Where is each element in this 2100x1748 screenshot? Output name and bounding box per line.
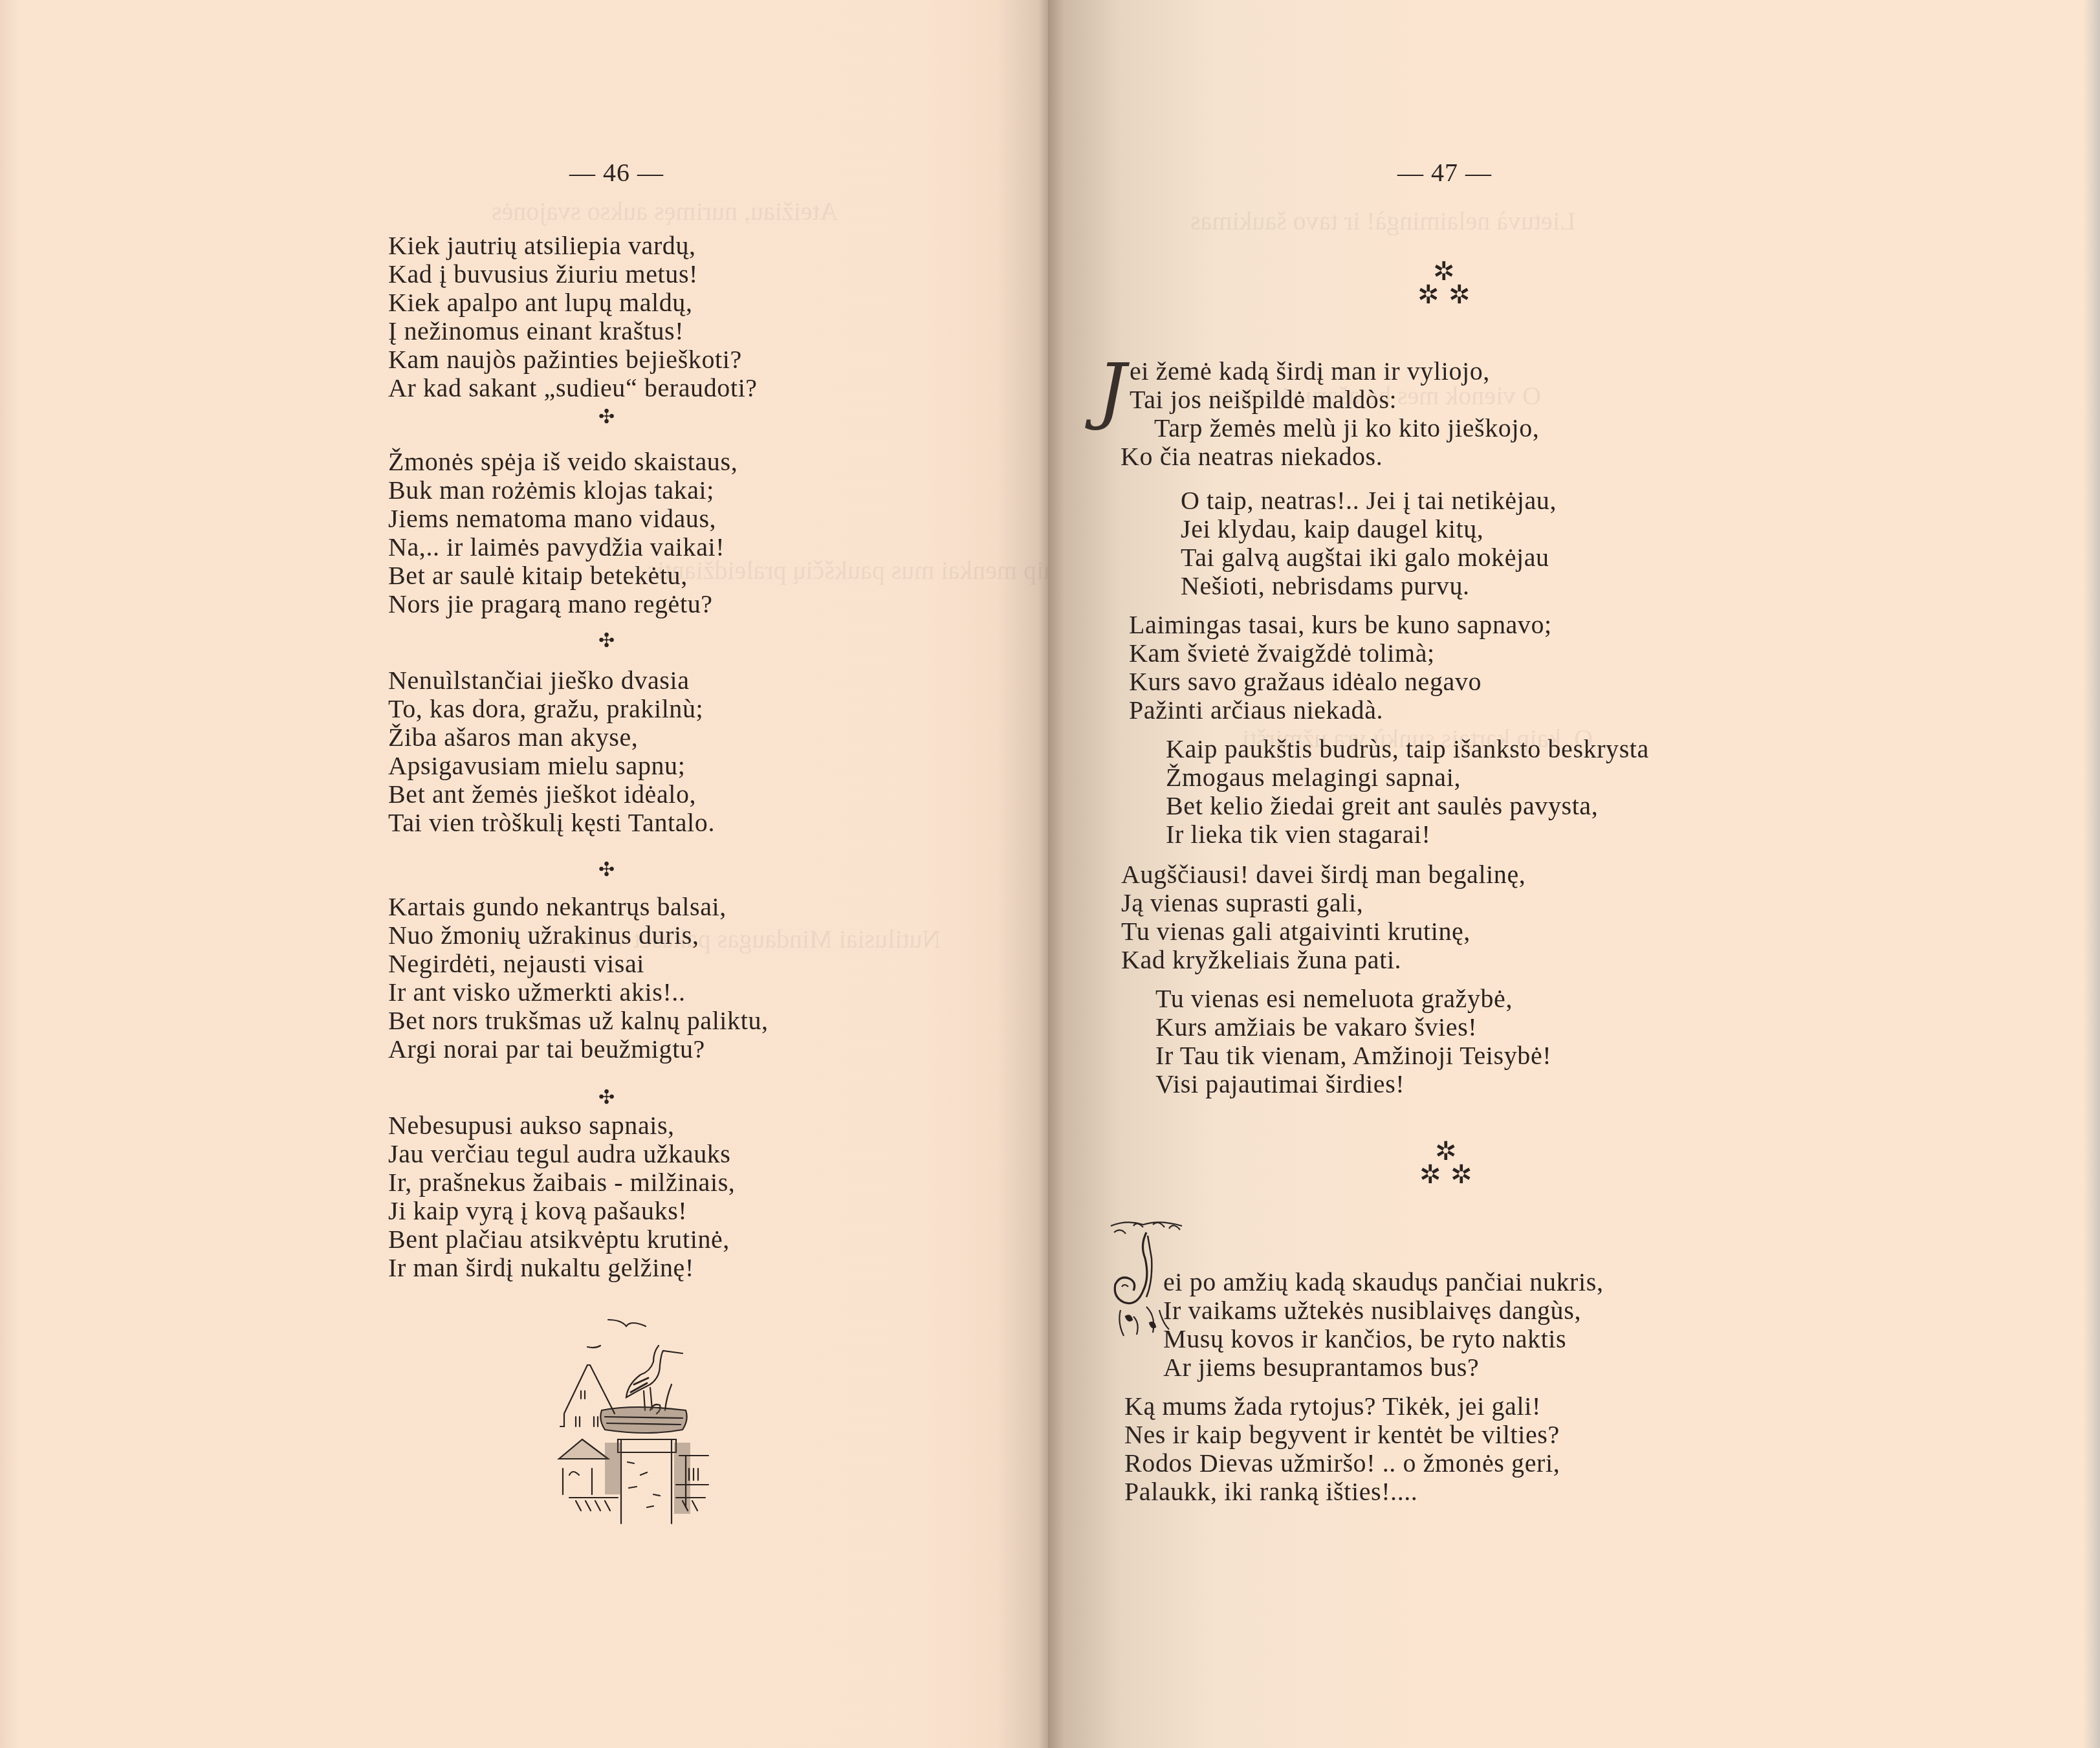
verse-line: Nebesupusi aukso sapnais, — [388, 1111, 675, 1140]
bleed-through-text: Ateižiau, nurimęs aukso svajonės — [492, 197, 838, 226]
verse-line: Negirdėti, nejausti visai — [388, 950, 644, 978]
bleed-through-text: Lietuvà nelaimingà! ir tavo šaukimas — [1190, 207, 1575, 235]
section-asterism: ✲ ✲ ✲ — [1414, 259, 1472, 317]
verse-line: Bet ant žemės jieškot idėalo, — [388, 780, 696, 809]
verse-line: Ar jiems besuprantamos bus? — [1163, 1353, 1479, 1382]
verse-line: Ir lieka tik vien stagarai! — [1166, 820, 1430, 849]
asterisk-ornament-icon: ✲ — [1417, 282, 1439, 308]
verse-line: Nes ir kaip begyvent ir kentėt be viltie… — [1124, 1421, 1560, 1449]
verse-line: Ką mums žada rytojus? Tikėk, jei gali! — [1124, 1392, 1541, 1421]
drop-cap-letter: J — [1097, 355, 1126, 427]
verse-line: Ko čia neatras niekados. — [1121, 442, 1383, 471]
verse-line: Kaip paukštis budrùs, taip išanksto besk… — [1166, 735, 1649, 763]
stanza-separator-ornament: ✣ — [598, 1088, 615, 1108]
asterisk-ornament-icon: ✲ — [1419, 1162, 1441, 1188]
verse-line: Kiek apalpo ant lupų maldų, — [388, 289, 693, 317]
verse-line: Ją vienas suprasti gali, — [1121, 889, 1363, 917]
verse-line: Ir ant visko užmerkti akis!.. — [388, 978, 686, 1007]
verse-line: Tai jos neišpildė maldòs: — [1130, 386, 1397, 414]
verse-line: To, kas dora, gražu, prakilnù; — [388, 695, 703, 723]
verse-line: Bet kelio žiedai greit ant saulės pavyst… — [1166, 792, 1598, 820]
verse-line: Kad kryžkeliais žuna pati. — [1121, 946, 1401, 974]
verse-line: ei žemė kadą širdį man ir vyliojo, — [1130, 357, 1490, 386]
verse-line: Kad į buvusius žiuriu metus! — [388, 260, 698, 289]
verse-line: ei po amžių kadą skaudųs pančiai nukris, — [1163, 1268, 1603, 1296]
verse-line: Kurs savo gražaus idėalo negavo — [1129, 668, 1482, 696]
verse-line: Visi pajautimai širdies! — [1155, 1070, 1405, 1098]
stork-nest-illustration — [556, 1313, 712, 1527]
verse-line: Bet ar saulė kitaip betekėtu, — [388, 562, 688, 590]
verse-line: Ji kaip vyrą į kovą pašauks! — [388, 1197, 687, 1225]
verse-line: Rodos Dievas užmiršo! .. o žmonės geri, — [1124, 1449, 1560, 1478]
verse-line: Žiba ašaros man akyse, — [388, 723, 638, 752]
verse-line: Buk man rożėmis klojas takai; — [388, 476, 714, 505]
verse-line: Žmonės spėja iš veido skaistaus, — [388, 448, 738, 476]
stanza-separator-ornament: ✣ — [598, 860, 615, 880]
stanza-separator-ornament: ✣ — [598, 631, 615, 651]
verse-line: Kiek jautrių atsiliepia vardų, — [388, 232, 696, 260]
verse-line: Ir vaikams užtekės nusiblaivęs dangùs, — [1163, 1296, 1581, 1325]
verse-line: Nenuìlstančiai jieško dvasia — [388, 666, 690, 695]
verse-line: Kartais gundo nekantrųs balsai, — [388, 893, 727, 921]
left-page: Ateižiau, nurimęs aukso svajonės Kaip me… — [0, 0, 1048, 1748]
verse-line: Nešioti, nebrisdams purvų. — [1181, 572, 1470, 600]
page-number-left: — 46 — — [569, 157, 664, 188]
verse-line: Tai vien tròškulį kęsti Tantalo. — [388, 809, 715, 837]
verse-line: Jau verčiau tegul audra užkauks — [388, 1140, 731, 1168]
stanza-separator-ornament: ✣ — [598, 408, 615, 427]
verse-line: Ir man širdį nukaltu gelžinę! — [388, 1254, 694, 1282]
verse-line: Na,.. ir laimės pavydžia vaikai! — [388, 533, 725, 562]
verse-line: Ir, prašnekus žaibais - milžinais, — [388, 1168, 735, 1197]
verse-line: Tu vienas esi nemeluota gražybė, — [1155, 985, 1513, 1013]
verse-line: Bet nors trukšmas už kalnų paliktu, — [388, 1007, 769, 1035]
verse-line: Nors jie pragarą mano regėtu? — [388, 590, 713, 618]
verse-line: Į nežinomus einant kraštus! — [388, 317, 684, 345]
verse-line: Kam naujòs pažinties bejieškoti? — [388, 345, 742, 374]
verse-line: Augščiausi! davei širdį man begalinę, — [1121, 860, 1526, 889]
right-page: Lietuvà nelaimingà! ir tavo šaukimas O v… — [1048, 0, 2100, 1748]
asterisk-ornament-icon: ✲ — [1450, 1162, 1472, 1188]
verse-line: Ir Tau tik vienam, Amžinoji Teisybė! — [1155, 1042, 1551, 1070]
verse-line: Tai galvą augštai iki galo mokėjau — [1181, 543, 1549, 572]
verse-line: Apsigavusiam mielu sapnu; — [388, 752, 685, 780]
verse-line: Tu vienas gali atgaivinti krutinę, — [1121, 917, 1471, 946]
section-asterism: ✲ ✲ ✲ — [1416, 1139, 1474, 1197]
verse-line: Argi norai par tai beužmigtu? — [388, 1035, 705, 1064]
verse-line: Bent plačiau atsikvėptu krutinė, — [388, 1225, 730, 1254]
page-number-right: — 47 — — [1397, 157, 1492, 188]
verse-line: Žmogaus melagingi sapnai, — [1166, 763, 1461, 792]
verse-line: Kurs amžiais be vakaro švies! — [1155, 1013, 1477, 1042]
verse-line: Pažinti arčiaus niekadà. — [1129, 696, 1383, 725]
verse-line: Musų kovos ir kančios, be ryto naktis — [1163, 1325, 1566, 1353]
verse-line: Nuo žmonių užrakinus duris, — [388, 921, 699, 950]
asterisk-ornament-icon: ✲ — [1449, 282, 1471, 308]
verse-line: Jei klydau, kaip daugel kitų, — [1181, 515, 1483, 543]
verse-line: Ar kad sakant „sudieu“ beraudoti? — [388, 374, 758, 402]
verse-line: Palaukk, iki ranką išties!.... — [1124, 1478, 1417, 1506]
verse-line: Jiems nematoma mano vidaus, — [388, 505, 716, 533]
verse-line: Kam švietė žvaigždė tolimà; — [1129, 639, 1435, 668]
verse-line: Laimingas tasai, kurs be kuno sapnavo; — [1129, 611, 1552, 639]
verse-line: Tarp žemės melù ji ko kito jieškojo, — [1154, 414, 1539, 442]
verse-line: O taip, neatras!.. Jei į tai netikėjau, — [1181, 486, 1557, 515]
